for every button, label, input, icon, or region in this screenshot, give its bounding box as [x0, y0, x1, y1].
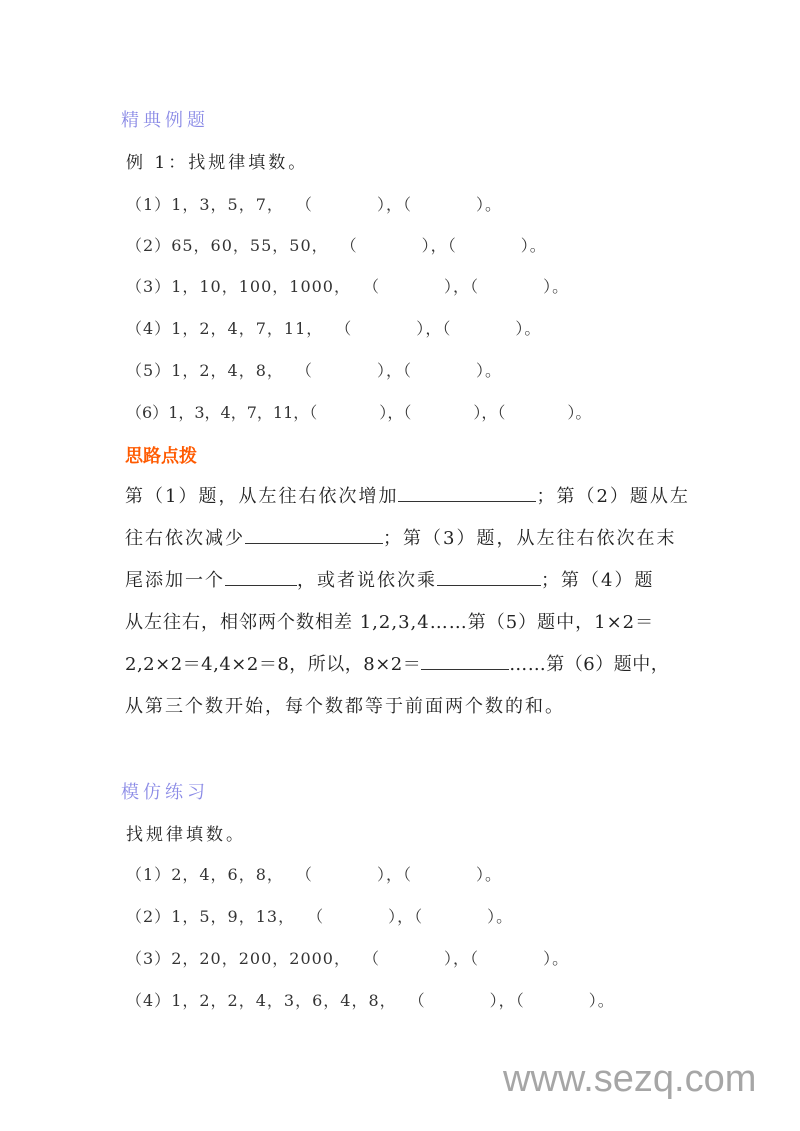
item-label: （3） — [126, 949, 171, 968]
item-label: （5） — [126, 361, 171, 380]
practice-item-4: （4）1，2，2，4，3，6，4，8，（），（）。 — [126, 988, 615, 1011]
blank-close: ） — [377, 195, 386, 214]
item-label: （2） — [126, 907, 171, 926]
hint-line-5: 2,2×2＝4,4×2＝8，所以，8×2＝……第（6）题中， — [125, 644, 669, 686]
period: 。 — [485, 865, 502, 884]
item-label: （2） — [126, 236, 171, 255]
hint-line-2: 往右依次减少；第（3）题，从左往右依次在末 — [125, 518, 676, 560]
comma: ， — [481, 403, 497, 422]
blank-close: ） — [476, 195, 485, 214]
answer-blank[interactable] — [225, 567, 297, 586]
item-label: （4） — [126, 991, 171, 1010]
blank-open: （ — [497, 403, 505, 422]
blank-close: ） — [543, 949, 552, 968]
comma: ， — [386, 195, 403, 214]
blank-close: ） — [476, 865, 485, 884]
blank-open: （ — [403, 361, 412, 380]
blank-open: （ — [442, 319, 451, 338]
hint-text: ；第（2）题从左 — [536, 486, 689, 507]
hint-line-6: 从第三个数开始，每个数都等于前面两个数的和。 — [125, 686, 565, 728]
blank-close: ） — [416, 319, 425, 338]
example-item-1: （1）1，3，5，7，（），（）。 — [126, 192, 502, 215]
blank-open: （ — [296, 865, 313, 884]
item-sequence: 1，10，100，1000， — [171, 277, 351, 296]
comma: ， — [453, 277, 470, 296]
example-item-3: （3）1，10，100，1000，（），（）。 — [126, 274, 569, 297]
comma: ， — [386, 361, 403, 380]
section-heading-practice: 模仿练习 — [121, 778, 209, 804]
period: 。 — [485, 195, 502, 214]
blank-close: ） — [476, 361, 485, 380]
example-item-6: （6）1，3，4，7，11，（），（），（）。 — [126, 400, 591, 423]
item-label: （6） — [126, 403, 168, 422]
blank-close: ） — [377, 865, 386, 884]
item-sequence: 1，3，4，7，11， — [168, 403, 309, 422]
example-item-4: （4）1，2，4，7，11，（），（）。 — [126, 316, 541, 339]
comma: ， — [453, 949, 470, 968]
comma: ， — [397, 907, 414, 926]
item-label: （3） — [126, 277, 171, 296]
hint-text: 尾添加一个 — [125, 570, 225, 591]
blank-close: ） — [515, 319, 524, 338]
period: 。 — [575, 403, 591, 422]
blank-close: ） — [490, 991, 499, 1010]
comma: ， — [425, 319, 442, 338]
blank-open: （ — [363, 949, 380, 968]
item-sequence: 65，60，55，50， — [171, 236, 328, 255]
practice-item-2: （2）1，5，9，13，（），（）。 — [126, 904, 513, 927]
blank-open: （ — [516, 991, 525, 1010]
blank-open: （ — [341, 236, 358, 255]
blank-open: （ — [403, 195, 412, 214]
item-sequence: 1，2，4，8， — [171, 361, 284, 380]
blank-close: ） — [543, 277, 552, 296]
hint-text: ；第（4）题 — [541, 570, 654, 591]
answer-blank[interactable] — [245, 525, 383, 544]
hint-text: ……第（6）题中， — [509, 654, 669, 675]
blank-open: （ — [403, 403, 411, 422]
blank-close: ） — [487, 907, 496, 926]
period: 。 — [524, 319, 541, 338]
practice-intro: 找规律填数。 — [126, 820, 246, 845]
section-heading-hint: 思路点拨 — [125, 442, 197, 468]
blank-open: （ — [470, 949, 479, 968]
hint-text: ；第（3）题，从左往右依次在末 — [383, 528, 676, 549]
comma: ， — [386, 865, 403, 884]
comma: ， — [431, 236, 448, 255]
item-label: （1） — [126, 195, 171, 214]
section-heading-examples: 精典例题 — [121, 106, 209, 132]
blank-open: （ — [296, 361, 313, 380]
blank-close: ） — [589, 991, 598, 1010]
blank-open: （ — [409, 991, 426, 1010]
hint-text: ，或者说依次乘 — [297, 570, 437, 591]
item-sequence: 1，5，9，13， — [171, 907, 295, 926]
item-sequence: 1，3，5，7， — [171, 195, 284, 214]
practice-item-1: （1）2，4，6，8，（），（）。 — [126, 862, 502, 885]
blank-close: ） — [388, 907, 397, 926]
example-item-5: （5）1，2，4，8，（），（）。 — [126, 358, 502, 381]
hint-line-4: 从左往右，相邻两个数相差 1,2,3,4……第（5）题中，1×2＝ — [125, 602, 654, 644]
blank-open: （ — [309, 403, 317, 422]
blank-close: ） — [444, 949, 453, 968]
blank-open: （ — [414, 907, 423, 926]
example-item-2: （2）65，60，55，50，（），（）。 — [126, 233, 547, 256]
blank-open: （ — [296, 195, 313, 214]
hint-line-3: 尾添加一个，或者说依次乘；第（4）题 — [125, 560, 654, 602]
period: 。 — [530, 236, 547, 255]
blank-close: ） — [521, 236, 530, 255]
blank-close: ） — [422, 236, 431, 255]
practice-item-3: （3）2，20，200，2000，（），（）。 — [126, 946, 569, 969]
answer-blank[interactable] — [421, 651, 509, 670]
item-sequence: 2，20，200，2000， — [171, 949, 351, 968]
period: 。 — [552, 949, 569, 968]
answer-blank[interactable] — [398, 483, 536, 502]
item-label: （1） — [126, 865, 171, 884]
answer-blank[interactable] — [437, 567, 541, 586]
blank-open: （ — [307, 907, 324, 926]
comma: ， — [499, 991, 516, 1010]
hint-text: 往右依次减少 — [125, 528, 245, 549]
blank-open: （ — [470, 277, 479, 296]
period: 。 — [485, 361, 502, 380]
period: 。 — [496, 907, 513, 926]
watermark-url: www.sezq.com — [503, 1058, 756, 1101]
period: 。 — [552, 277, 569, 296]
blank-close: ） — [444, 277, 453, 296]
example-title: 例 1：找规律填数。 — [126, 148, 308, 173]
period: 。 — [598, 991, 615, 1010]
comma: ， — [387, 403, 403, 422]
blank-open: （ — [363, 277, 380, 296]
blank-close: ） — [377, 361, 386, 380]
hint-text: 2,2×2＝4,4×2＝8，所以，8×2＝ — [125, 654, 421, 675]
hint-text: 第（1）题，从左往右依次增加 — [125, 486, 398, 507]
item-sequence: 1，2，2，4，3，6，4，8， — [171, 991, 396, 1010]
hint-line-1: 第（1）题，从左往右依次增加；第（2）题从左 — [125, 476, 690, 518]
item-label: （4） — [126, 319, 171, 338]
item-sequence: 1，2，4，7，11， — [171, 319, 323, 338]
blank-open: （ — [403, 865, 412, 884]
blank-open: （ — [448, 236, 457, 255]
item-sequence: 2，4，6，8， — [171, 865, 284, 884]
blank-open: （ — [335, 319, 352, 338]
